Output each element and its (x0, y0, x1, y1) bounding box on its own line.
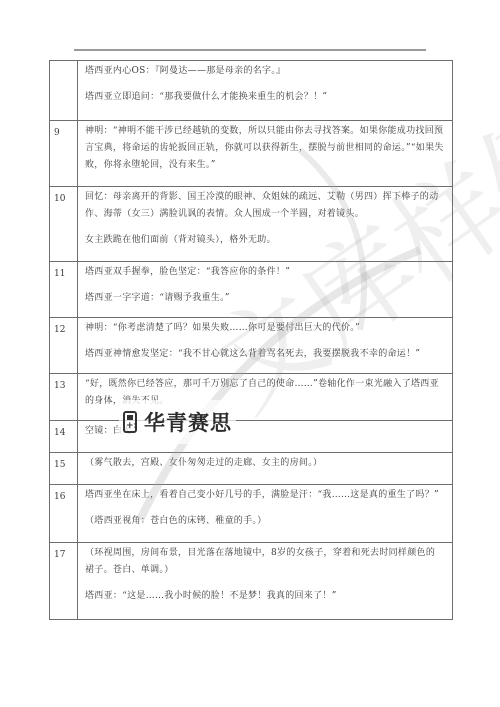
row-number: 11 (50, 262, 78, 318)
table-row: 15 （雾气散去，宫殿、女仆匆匆走过的走廊、女主的房间。） (50, 453, 453, 485)
table-row: 9 神明：“神明不能干涉已经越轨的变数，所以只能由你去寻找答案。如果你能成功找回… (50, 121, 453, 187)
script-line: 塔西亚一字字道：“请赐予我重生。” (85, 290, 444, 307)
row-number: 10 (50, 187, 78, 262)
game-console-icon: +: (123, 411, 137, 433)
row-number: 17 (50, 543, 78, 620)
row-number: 9 (50, 121, 78, 187)
row-number (50, 61, 78, 121)
table-row: 12 神明：“你考虑清楚了吗？如果失败……你可是要付出巨大的代价。” 塔西亚神情… (50, 318, 453, 374)
script-line: （环视周围，房间布景，目光落在落地镜中，8岁的女孩子，穿着和死去时同样颜色的裙子… (85, 545, 444, 579)
script-line: （雾气散去，宫殿、女仆匆匆走过的走廊、女主的房间。） (85, 455, 444, 472)
script-line: 塔西亚双手握拳，脸色坚定：“我答应你的条件！” (85, 264, 444, 281)
script-line: （塔西亚视角：苍白色的床铐、稚童的手。） (85, 513, 444, 530)
script-line: 塔西亚：“这是……我小时候的脸！不是梦！我真的回来了！” (85, 588, 444, 605)
watermark-logo: +: 华青赛思 (119, 400, 236, 444)
row-content: 塔西亚双手握拳，脸色坚定：“我答应你的条件！” 塔西亚一字字道：“请赐予我重生。… (78, 262, 453, 318)
table-row: 13 “好，既然你已经答应，那可千万别忘了自己的使命……”卷轴化作一束光融入了塔… (50, 374, 453, 421)
row-content: 塔西亚内心OS：『阿曼达——那是母亲的名字。』 塔西亚立即追问：“那我要做什么才… (78, 61, 453, 121)
row-number: 14 (50, 421, 78, 453)
row-content: （雾气散去，宫殿、女仆匆匆走过的走廊、女主的房间。） (78, 453, 453, 485)
table-row: 14 空镜：白光 (50, 421, 453, 453)
logo-text: 华青赛思 (144, 407, 232, 437)
script-line: 女主跌跪在他们面前（背对镜头），格外无助。 (85, 232, 444, 249)
script-line: 神明：“神明不能干涉已经越轨的变数，所以只能由你去寻找答案。如果你能成功找回预言… (85, 123, 444, 174)
table-row: 17 （环视周围，房间布景，目光落在落地镜中，8岁的女孩子，穿着和死去时同样颜色… (50, 543, 453, 620)
row-content: 塔西亚坐在床上，看着自己变小好几号的手，满脸是汗：“我……这是真的重生了吗？” … (78, 485, 453, 543)
row-number: 15 (50, 453, 78, 485)
script-table: 塔西亚内心OS：『阿曼达——那是母亲的名字。』 塔西亚立即追问：“那我要做什么才… (49, 60, 453, 620)
row-content: 神明：“你考虑清楚了吗？如果失败……你可是要付出巨大的代价。” 塔西亚神情愈发坚… (78, 318, 453, 374)
script-line: 塔西亚坐在床上，看着自己变小好几号的手，满脸是汗：“我……这是真的重生了吗？” (85, 487, 444, 504)
row-content: （环视周围，房间布景，目光落在落地镜中，8岁的女孩子，穿着和死去时同样颜色的裙子… (78, 543, 453, 620)
script-line: 回忆：母亲离开的背影、国王冷漠的眼神、众姐妹的疏远、艾勒（男四）挥下棒子的动作、… (85, 189, 444, 223)
row-number: 16 (50, 485, 78, 543)
table-row: 10 回忆：母亲离开的背影、国王冷漠的眼神、众姐妹的疏远、艾勒（男四）挥下棒子的… (50, 187, 453, 262)
row-content: 回忆：母亲离开的背影、国王冷漠的眼神、众姐妹的疏远、艾勒（男四）挥下棒子的动作、… (78, 187, 453, 262)
script-line: 塔西亚神情愈发坚定：“我不甘心就这么背着骂名死去，我要摆脱我不幸的命运！” (85, 346, 444, 363)
script-line: 神明：“你考虑清楚了吗？如果失败……你可是要付出巨大的代价。” (85, 320, 444, 337)
row-number: 12 (50, 318, 78, 374)
header-rule (74, 49, 426, 51)
table-row: 11 塔西亚双手握拳，脸色坚定：“我答应你的条件！” 塔西亚一字字道：“请赐予我… (50, 262, 453, 318)
row-number: 13 (50, 374, 78, 421)
script-line: 塔西亚内心OS：『阿曼达——那是母亲的名字。』 (85, 63, 444, 80)
table-row: 塔西亚内心OS：『阿曼达——那是母亲的名字。』 塔西亚立即追问：“那我要做什么才… (50, 61, 453, 121)
script-line: 塔西亚立即追问：“那我要做什么才能换来重生的机会？！” (85, 89, 444, 106)
row-content: 神明：“神明不能干涉已经越轨的变数，所以只能由你去寻找答案。如果你能成功找回预言… (78, 121, 453, 187)
table-row: 16 塔西亚坐在床上，看着自己变小好几号的手，满脸是汗：“我……这是真的重生了吗… (50, 485, 453, 543)
